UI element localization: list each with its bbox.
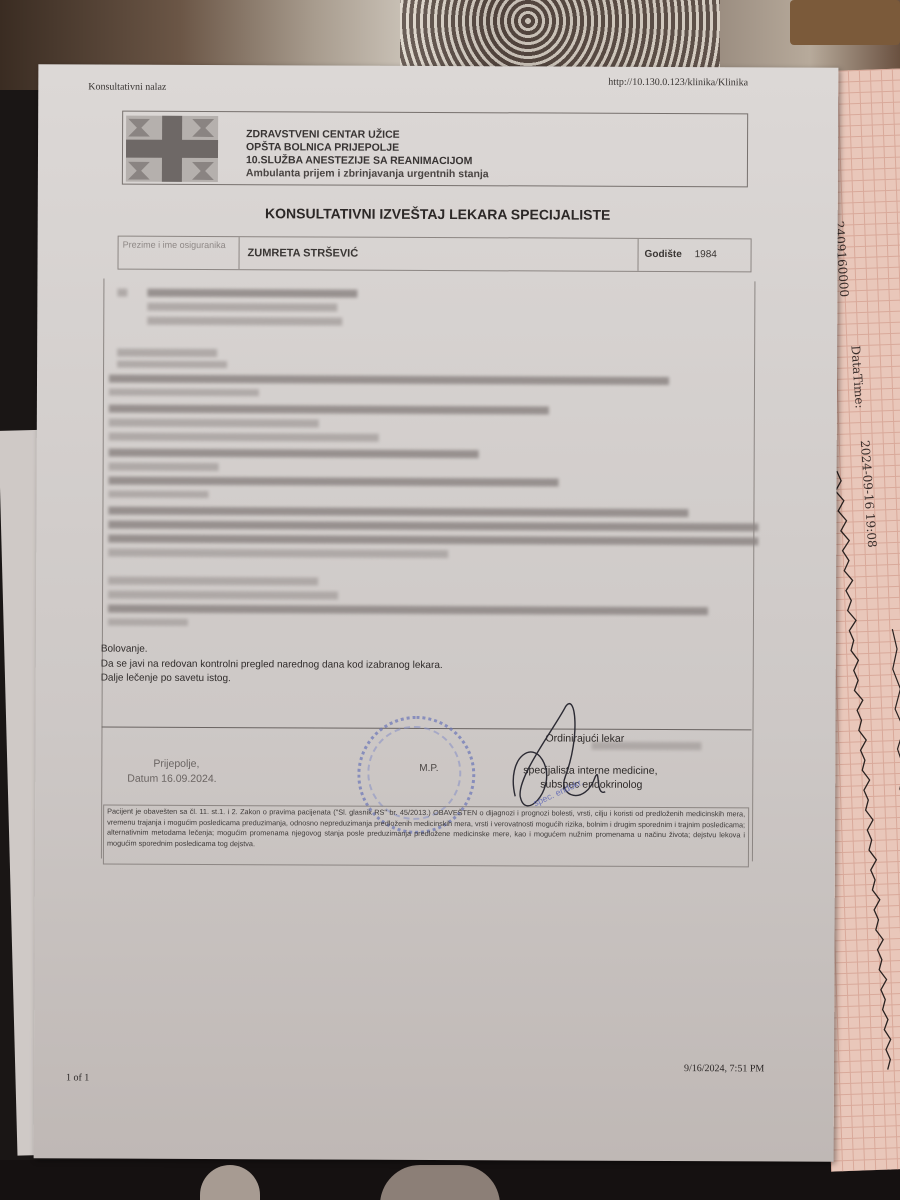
institution-line-1: ZDRAVSTVENI CENTAR UŽICE (246, 128, 489, 142)
print-header-url: http://10.130.0.123/klinika/Klinika (608, 77, 748, 89)
print-header-title: Konsultativni nalaz (88, 81, 166, 92)
institution-line-2: OPŠTA BOLNICA PRIJEPOLJE (246, 141, 489, 155)
print-timestamp: 9/16/2024, 7:51 PM (684, 1063, 764, 1074)
institution-line-3: 10.SLUŽBA ANESTEZIJE SA REANIMACIJOM (246, 154, 489, 168)
page-number: 1 of 1 (66, 1072, 89, 1083)
seal-label: M.P. (419, 763, 438, 774)
recommendation-2: Dalje lečenje po savetu istog. (101, 671, 231, 687)
document-page: Konsultativni nalaz http://10.130.0.123/… (34, 64, 839, 1161)
institution-name: ZDRAVSTVENI CENTAR UŽICE OPŠTA BOLNICA P… (246, 128, 489, 181)
svg-text:spec. endokr.: spec. endokr. (532, 777, 585, 808)
place: Prijepolje, (153, 758, 199, 770)
birth-year-value: 1984 (695, 249, 717, 260)
cross-logo-icon (126, 116, 218, 182)
document-title: KONSULTATIVNI IZVEŠTAJ LEKARA SPECIJALIS… (38, 204, 838, 223)
report-date: Datum 16.09.2024. (127, 773, 216, 785)
institution-line-4: Ambulanta prijem i zbrinjavanja urgentni… (246, 167, 489, 181)
patient-name: ZUMRETA STRŠEVIĆ (239, 237, 637, 271)
legal-notice: Pacijent je obavešten sa čl. 11. st.1. i… (103, 805, 749, 868)
lace-doily (400, 0, 720, 70)
sick-leave-text: Bolovanje. (101, 642, 148, 657)
birth-year-cell: Godište 1984 (637, 239, 750, 271)
picture-frame (790, 0, 900, 45)
patient-info-row: Prezime i ime osiguranika ZUMRETA STRŠEV… (117, 236, 751, 273)
patient-name-label: Prezime i ime osiguranika (118, 237, 239, 270)
institution-header: ZDRAVSTVENI CENTAR UŽICE OPŠTA BOLNICA P… (122, 111, 748, 188)
birth-year-label: Godište (645, 249, 682, 260)
